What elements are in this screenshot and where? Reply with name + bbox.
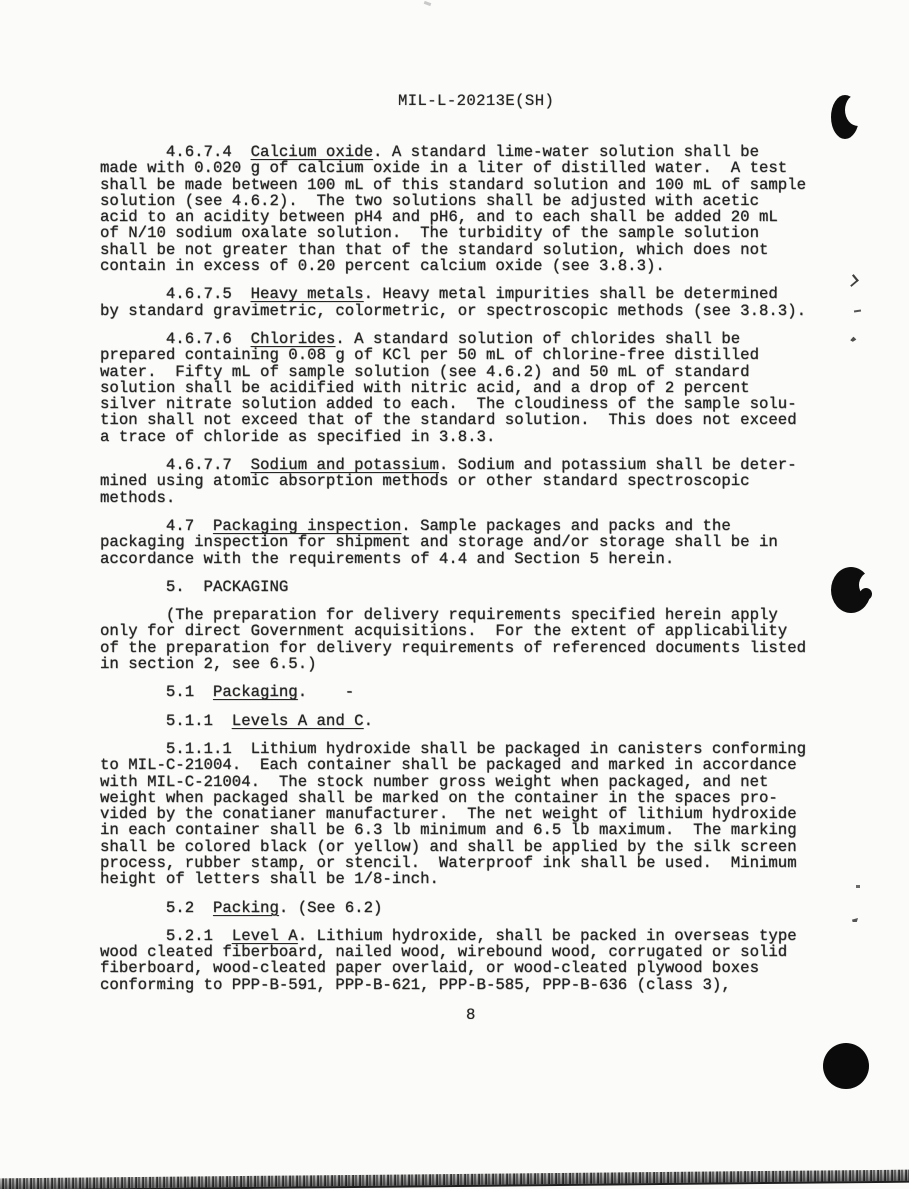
doc-line: of N/10 sodium oxalate solution. The tur… — [100, 225, 806, 241]
doc-text: to MIL-C-21004. Each container shall be … — [100, 756, 797, 774]
doc-text: accordance with the requirements of 4.4 … — [100, 550, 674, 568]
doc-line: 4.7 Packaging inspection. Sample package… — [100, 518, 806, 534]
scan-speck — [856, 885, 860, 888]
doc-text: with MIL-C-21004. The stock number gross… — [100, 773, 768, 791]
doc-text: shall be colored black (or yellow) and s… — [100, 838, 797, 856]
scanned-document-page: MIL-L-20213E(SH) 4.6.7.4 Calcium oxide. … — [0, 0, 909, 1189]
paragraph: 5.1.1.1 Lithium hydroxide shall be packa… — [100, 741, 806, 888]
underlined-heading-text: Packing — [213, 899, 279, 917]
document-body: 4.6.7.4 Calcium oxide. A standard lime-w… — [100, 144, 806, 993]
doc-line: shall be colored black (or yellow) and s… — [100, 839, 806, 855]
doc-line: conforming to PPP-B-591, PPP-B-621, PPP-… — [100, 977, 806, 993]
doc-line: 5.2.1 Level A. Lithium hydroxide, shall … — [100, 928, 806, 944]
doc-text: 4.6.7.5 — [100, 285, 251, 303]
doc-line: 4.6.7.5 Heavy metals. Heavy metal impuri… — [100, 286, 806, 302]
paragraph: 4.6.7.6 Chlorides. A standard solution o… — [100, 331, 806, 445]
doc-text: 5.1 — [100, 683, 213, 701]
doc-text: in section 2, see 6.5.) — [100, 655, 317, 673]
doc-line: weight when packaged shall be marked on … — [100, 790, 806, 806]
doc-line: process, rubber stamp, or stencil. Water… — [100, 855, 806, 871]
doc-text: water. Fifty mL of sample solution (see … — [100, 363, 750, 381]
doc-text: height of letters shall be 1/8-inch. — [100, 870, 439, 888]
punch-hole-crescent-icon — [830, 94, 864, 142]
doc-line: water. Fifty mL of sample solution (see … — [100, 364, 806, 380]
doc-text: 5. PACKAGING — [100, 578, 288, 596]
doc-line: in each container shall be 6.3 lb minimu… — [100, 822, 806, 838]
doc-line: 5. PACKAGING — [100, 579, 806, 595]
doc-text: made with 0.020 g of calcium oxide in a … — [100, 159, 787, 177]
doc-text: shall be made between 100 mL of this sta… — [100, 176, 806, 194]
doc-text: in each container shall be 6.3 lb minimu… — [100, 821, 797, 839]
doc-line: tion shall not exceed that of the standa… — [100, 412, 806, 428]
scan-speck — [852, 918, 858, 922]
doc-text: . - — [298, 683, 354, 701]
doc-line: 5.2 Packing. (See 6.2) — [100, 900, 806, 916]
doc-text: contain in excess of 0.20 percent calciu… — [100, 257, 665, 275]
doc-line: shall be made between 100 mL of this sta… — [100, 177, 806, 193]
doc-line: 5.1.1.1 Lithium hydroxide shall be packa… — [100, 741, 806, 757]
doc-line: made with 0.020 g of calcium oxide in a … — [100, 160, 806, 176]
doc-text: prepared containing 0.08 g of KCl per 50… — [100, 346, 759, 364]
doc-line: by standard gravimetric, colormetric, or… — [100, 303, 806, 319]
doc-text: . — [364, 712, 373, 730]
doc-line: solution (see 4.6.2). The two solutions … — [100, 193, 806, 209]
doc-text: mined using atomic absorption methods or… — [100, 472, 750, 490]
scan-speck — [848, 276, 857, 285]
doc-line: silver nitrate solution added to each. T… — [100, 396, 806, 412]
doc-line: solution shall be acidified with nitric … — [100, 380, 806, 396]
paragraph: 4.6.7.5 Heavy metals. Heavy metal impuri… — [100, 286, 806, 319]
scan-speck — [850, 336, 857, 343]
paragraph: 5.1 Packaging. - — [100, 684, 806, 700]
doc-line: shall be not greater than that of the st… — [100, 242, 806, 258]
scan-edge-band — [0, 1170, 909, 1189]
punch-hole-crescent-icon — [830, 566, 876, 616]
doc-text: only for direct Government acquisitions.… — [100, 622, 787, 640]
page-number: 8 — [466, 1006, 475, 1024]
doc-line: 4.6.7.4 Calcium oxide. A standard lime-w… — [100, 144, 806, 160]
doc-line: vided by the conatianer manufacturer. Th… — [100, 806, 806, 822]
paragraph: 5.2 Packing. (See 6.2) — [100, 900, 806, 916]
scan-speck — [854, 310, 861, 313]
paragraph: 5.1.1 Levels A and C. — [100, 713, 806, 729]
doc-line: 5.1.1 Levels A and C. — [100, 713, 806, 729]
doc-line: of the preparation for delivery requirem… — [100, 640, 806, 656]
doc-text: by standard gravimetric, colormetric, or… — [100, 302, 806, 320]
doc-line: contain in excess of 0.20 percent calciu… — [100, 258, 806, 274]
doc-line: in section 2, see 6.5.) — [100, 656, 806, 672]
doc-text: conforming to PPP-B-591, PPP-B-621, PPP-… — [100, 976, 731, 994]
scan-speck — [424, 1, 432, 6]
doc-line: prepared containing 0.08 g of KCl per 50… — [100, 347, 806, 363]
doc-line: 4.6.7.7 Sodium and potassium. Sodium and… — [100, 457, 806, 473]
doc-line: (The preparation for delivery requiremen… — [100, 607, 806, 623]
doc-line: only for direct Government acquisitions.… — [100, 623, 806, 639]
doc-line: packaging inspection for shipment and st… — [100, 534, 806, 550]
paragraph: 5. PACKAGING — [100, 579, 806, 595]
paragraph: (The preparation for delivery requiremen… — [100, 607, 806, 672]
doc-text: 5.1.1 — [100, 712, 232, 730]
doc-line: a trace of chloride as specified in 3.8.… — [100, 429, 806, 445]
doc-text: packaging inspection for shipment and st… — [100, 533, 778, 551]
underlined-heading-text: Levels A and C — [232, 712, 364, 730]
doc-line: 5.1 Packaging. - — [100, 684, 806, 700]
doc-line: to MIL-C-21004. Each container shall be … — [100, 757, 806, 773]
doc-line: mined using atomic absorption methods or… — [100, 473, 806, 489]
doc-line: accordance with the requirements of 4.4 … — [100, 551, 806, 567]
document-header: MIL-L-20213E(SH) — [398, 92, 554, 110]
punch-hole-dot-icon — [822, 1042, 870, 1090]
paragraph: 4.6.7.4 Calcium oxide. A standard lime-w… — [100, 144, 806, 274]
doc-text: of N/10 sodium oxalate solution. The tur… — [100, 224, 759, 242]
doc-line: 4.6.7.6 Chlorides. A standard solution o… — [100, 331, 806, 347]
doc-line: fiberboard, wood-cleated paper overlaid,… — [100, 960, 806, 976]
doc-text: methods. — [100, 489, 175, 507]
doc-line: with MIL-C-21004. The stock number gross… — [100, 774, 806, 790]
doc-text: . Heavy metal impurities shall be determ… — [364, 285, 778, 303]
doc-text: fiberboard, wood-cleated paper overlaid,… — [100, 959, 759, 977]
doc-text: 5.2 — [100, 899, 213, 917]
doc-line: height of letters shall be 1/8-inch. — [100, 871, 806, 887]
paragraph: 4.6.7.7 Sodium and potassium. Sodium and… — [100, 457, 806, 506]
doc-text: tion shall not exceed that of the standa… — [100, 411, 797, 429]
doc-line: methods. — [100, 490, 806, 506]
paragraph: 4.7 Packaging inspection. Sample package… — [100, 518, 806, 567]
doc-text: a trace of chloride as specified in 3.8.… — [100, 428, 495, 446]
paragraph: 5.2.1 Level A. Lithium hydroxide, shall … — [100, 928, 806, 993]
underlined-heading-text: Heavy metals — [251, 285, 364, 303]
doc-text: . (See 6.2) — [279, 899, 383, 917]
underlined-heading-text: Packaging — [213, 683, 298, 701]
